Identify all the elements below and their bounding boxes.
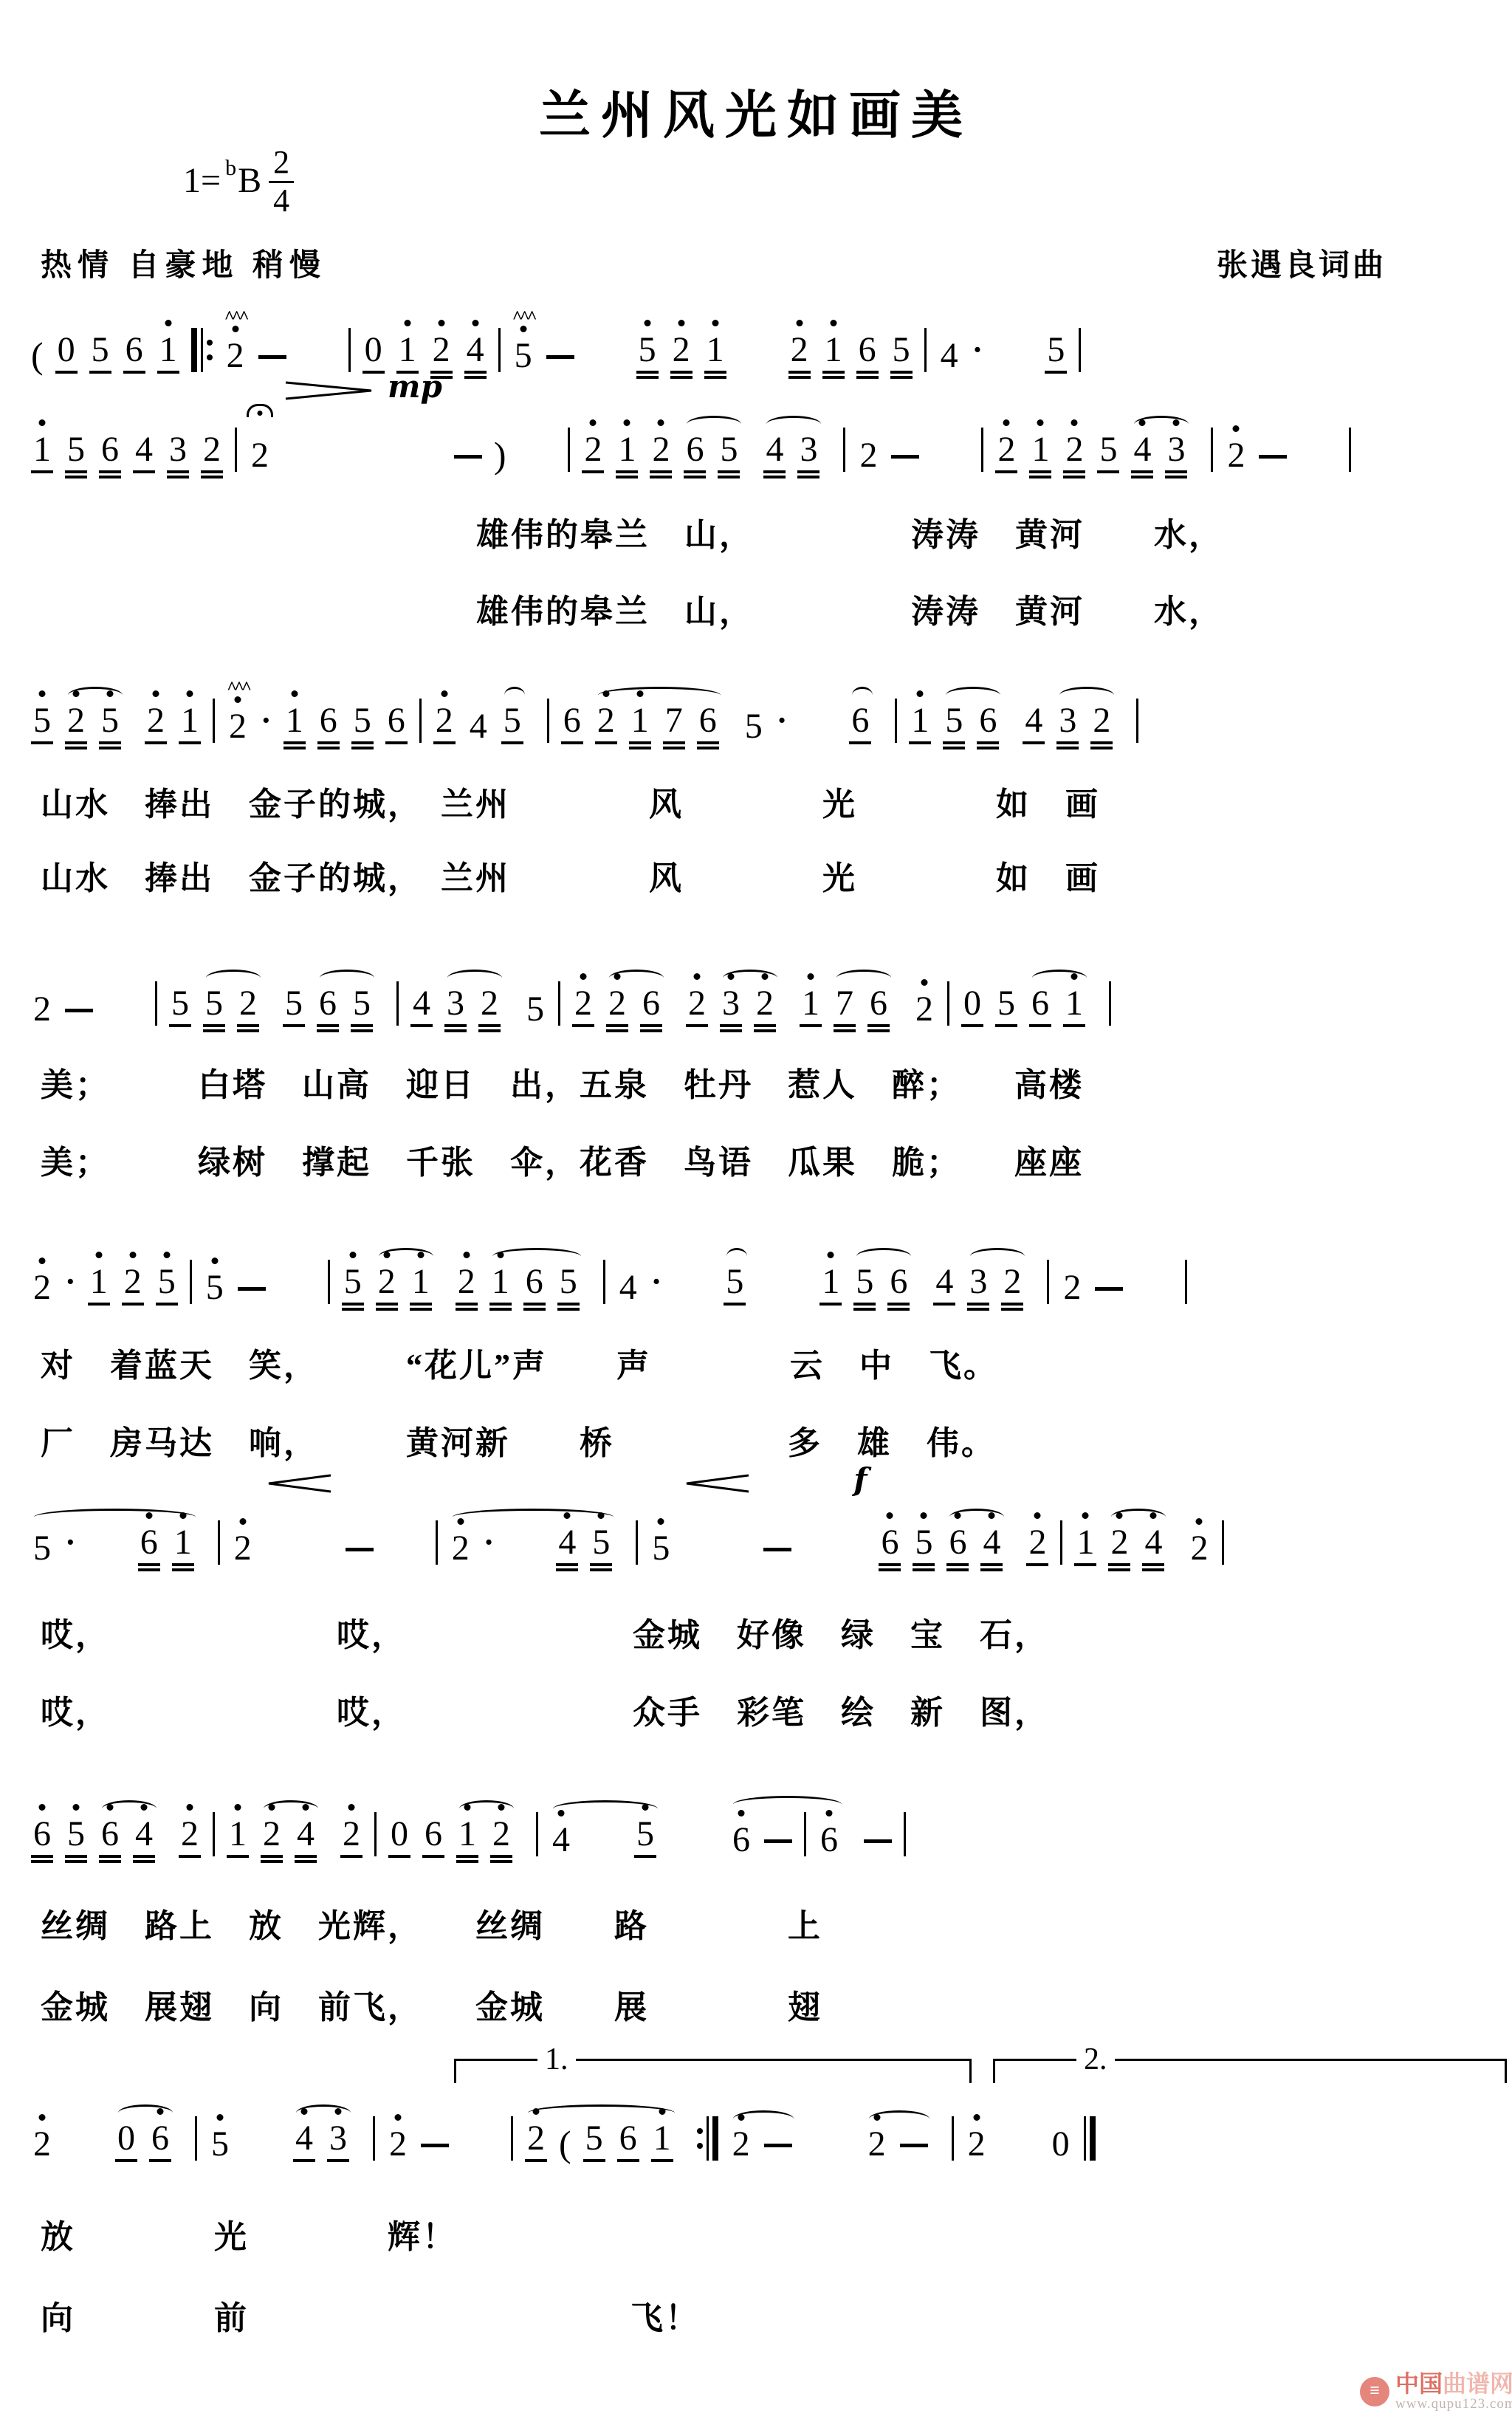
slur: 25 (65, 687, 133, 744)
octave-dot (163, 1252, 170, 1258)
note: 2 (430, 332, 453, 374)
note: 4 (1131, 432, 1153, 473)
note: 2 (595, 703, 617, 744)
barline (218, 1520, 220, 1565)
note: 1 (489, 1264, 512, 1306)
note: 5 (590, 1525, 612, 1566)
note: 5 (634, 1816, 656, 1858)
slur: 5 (501, 687, 535, 744)
dynamic-marking: mp (388, 368, 442, 405)
crescendo-hairpin (684, 1473, 752, 1498)
note: 6 (422, 1816, 444, 1858)
octave-dot (39, 690, 46, 697)
octave-dot (796, 320, 803, 326)
decrescendo-hairpin (283, 380, 376, 405)
note: 1 (1074, 1525, 1096, 1566)
crescendo-hairpin (266, 1473, 334, 1498)
first-ending-label: 1. (537, 2042, 576, 2077)
notation-line-4: 2552565432522623217620561 (31, 956, 1493, 1027)
octave-dot (404, 320, 410, 326)
note: 6 (684, 432, 706, 473)
octave-dot (141, 1804, 148, 1811)
note: 3 (720, 986, 742, 1027)
slur: 5 (724, 1248, 757, 1306)
note: 4 (763, 432, 786, 473)
duration-dash (764, 1839, 792, 1843)
slur: 2176 (595, 687, 731, 744)
octave-dot (165, 320, 171, 326)
slur: 06 (115, 2104, 183, 2162)
note: 2 (913, 992, 935, 1027)
note: 2 (433, 703, 456, 744)
slur: 6 (849, 687, 883, 744)
note: 2 (525, 2121, 547, 2162)
note: 2 (857, 438, 879, 473)
parenthesis: ) (494, 436, 506, 473)
note: 5 (65, 432, 87, 473)
note: 6 (730, 1822, 752, 1858)
note: 5 (890, 332, 913, 374)
slur: 32 (720, 970, 788, 1027)
duration-dash (1095, 1287, 1123, 1291)
octave-dot (658, 1518, 664, 1525)
barline (396, 981, 399, 1026)
barline (568, 428, 570, 472)
barline (1211, 428, 1213, 472)
barline (328, 1260, 330, 1304)
duration-dash (900, 2144, 928, 2147)
note: 1 (616, 432, 638, 473)
octave-dot (590, 419, 597, 426)
octave-dot (826, 1810, 833, 1816)
note: 2 (1063, 432, 1085, 473)
octave-dot (830, 320, 836, 326)
note: 2 (1001, 1264, 1023, 1306)
octave-dot (303, 1804, 309, 1811)
note: 1 (651, 2121, 673, 2162)
note: 2 (249, 438, 271, 473)
octave-dot (1139, 419, 1146, 426)
tempo-marking: 热情 自豪地 稍慢 (41, 241, 326, 285)
octave-dot (39, 1258, 46, 1264)
barline (981, 428, 983, 472)
slur: 24 (261, 1800, 329, 1858)
note: 0 (362, 332, 385, 374)
octave-dot (887, 1512, 893, 1519)
notation-line-8: 20654322(5612220 (31, 2091, 1493, 2162)
note: 2 (966, 2127, 988, 2162)
notation-line-5: 2·125552121654·51564322 (31, 1235, 1493, 1306)
note: 6 (977, 703, 999, 744)
note: 4 (933, 1264, 955, 1306)
note: 3 (444, 986, 467, 1027)
barline (947, 981, 949, 1026)
barline (1109, 981, 1111, 1026)
note: 1 (396, 332, 419, 374)
note: 5 (743, 709, 765, 744)
parenthesis: ( (31, 337, 44, 374)
note: 6 (1029, 986, 1051, 1027)
octave-dot (564, 1512, 571, 1519)
note: 1 (88, 1264, 110, 1306)
octave-dot (636, 690, 643, 697)
note: 7 (663, 703, 685, 744)
qupu-logo-icon: ≡ (1360, 2377, 1389, 2406)
duration-dash (891, 455, 919, 459)
octave-dot (217, 2114, 224, 2121)
octave-dot (598, 1512, 605, 1519)
octave-dot (349, 1252, 356, 1258)
note: 6 (856, 332, 879, 374)
slur: 32 (1056, 687, 1124, 744)
note: 4 (556, 1525, 578, 1566)
second-ending-bracket: 2. (993, 2059, 1507, 2083)
barline (373, 2116, 375, 2161)
note: 1 (157, 332, 179, 374)
note: 5 (1097, 432, 1119, 473)
note: 1 (909, 703, 931, 744)
octave-dot (187, 690, 193, 697)
note: 6 (946, 1525, 969, 1566)
octave-dot (291, 690, 298, 697)
barline (904, 1812, 906, 1856)
note: 5 (31, 1531, 53, 1566)
note: 6 (867, 986, 890, 1027)
slur: 66 (730, 1796, 852, 1858)
lyric-line-4-2: 美； 绿树 撑起 千张 伞，花香 鸟语 瓜果 脆； 座座 (0, 1136, 1490, 1183)
watermark: ≡ 中国曲谱网 www.qupu123.com (1360, 2372, 1512, 2412)
note: 5 (99, 703, 121, 744)
note: 1 (179, 703, 201, 744)
slur: 12 (456, 1800, 524, 1858)
repeat-begin-barline (191, 328, 213, 372)
octave-dot (1037, 419, 1044, 426)
octave-dot (762, 973, 769, 980)
octave-dot (107, 1804, 114, 1811)
barline (498, 328, 501, 372)
barline (924, 328, 927, 372)
note: 3 (327, 2121, 349, 2162)
octave-dot (497, 1252, 504, 1258)
octave-dot (658, 419, 664, 426)
note: 5 (557, 1264, 580, 1306)
note: 2 (31, 992, 53, 1027)
octave-dot (1071, 973, 1078, 980)
note: 1 (227, 1816, 249, 1858)
note: 5 (203, 986, 225, 1027)
note: 4 (550, 1822, 572, 1858)
note: 0 (1050, 2127, 1072, 2162)
octave-dot (187, 1804, 193, 1811)
octave-dot (917, 690, 924, 697)
slur: 21 (376, 1248, 444, 1306)
song-title: 兰州风光如画美 (0, 74, 1512, 148)
duration-dash (454, 455, 482, 459)
slur: 56 (943, 687, 1011, 744)
duration-dash (65, 1009, 93, 1012)
octave-dot (659, 2108, 665, 2115)
note: 3 (967, 1264, 989, 1306)
lyric-line-3-1: 山水 捧出 金子的城， 兰州 风 光 如 画 (0, 778, 1490, 825)
lyric-line-5-2: 厂 房马达 响， 黄河新 桥 多 雄 伟。 (0, 1416, 1490, 1464)
octave-dot (39, 1804, 46, 1811)
barline (1185, 1260, 1187, 1304)
barline (419, 699, 422, 743)
note: 4 (133, 432, 155, 473)
octave-dot (129, 1252, 136, 1258)
note: 1 (283, 703, 306, 744)
octave-dot (269, 1804, 275, 1811)
octave-dot (1003, 419, 1010, 426)
octave-dot (1173, 419, 1180, 426)
duration-dash (346, 1548, 374, 1551)
note: 1 (819, 1264, 842, 1306)
note: 2 (788, 332, 811, 374)
note: 4 (464, 332, 487, 374)
notation-line-1: (05612^^^01245^^^52121654·5 (31, 303, 1493, 374)
octave-dot (873, 2114, 880, 2121)
composer-credit: 张遇良词曲 (1217, 241, 1386, 285)
note: 2 (261, 1816, 283, 1858)
barline (895, 699, 897, 743)
note: 2 (237, 986, 259, 1027)
octave-dot (738, 2114, 744, 2121)
barline (558, 981, 560, 1026)
note: 2 (1090, 703, 1113, 744)
note: 3 (1056, 703, 1079, 744)
fermata-icon (247, 404, 273, 417)
note: 5 (204, 1270, 226, 1306)
note: 6 (887, 1264, 910, 1306)
augmentation-dot: · (484, 1526, 495, 1559)
augmentation-dot: · (65, 1526, 76, 1559)
watermark-cn-dark: 中国 (1395, 2370, 1443, 2397)
note: 2 (866, 2127, 888, 2162)
octave-dot (580, 973, 587, 980)
meter-numerator: 2 (269, 146, 294, 183)
note: 2 (478, 986, 501, 1027)
note: 6 (99, 1816, 121, 1858)
slur: 76 (834, 970, 901, 1027)
octave-dot (712, 320, 718, 326)
slur: 61 (1029, 970, 1097, 1027)
note: 5 (169, 986, 191, 1027)
barline (1136, 699, 1138, 743)
barline (155, 981, 157, 1026)
octave-dot (395, 2114, 402, 2121)
note: 6 (818, 1822, 840, 1858)
note: 5 (342, 1264, 364, 1306)
note: 2 (1061, 1270, 1083, 1306)
augmentation-dot: · (651, 1266, 662, 1298)
barline (213, 699, 215, 743)
duration-dash (258, 355, 286, 359)
note: 2 (730, 2127, 752, 2162)
note: 4 (617, 1270, 639, 1306)
augmentation-dot: · (972, 334, 983, 366)
slur: 64 (946, 1509, 1014, 1566)
notation-line-2: 1564322mp)212654322125432 (31, 402, 1493, 473)
note: 2 (232, 1531, 254, 1566)
note: 2 (340, 1816, 362, 1858)
octave-dot (989, 1512, 995, 1519)
slur: 24 (1108, 1509, 1176, 1566)
barline (1222, 1520, 1224, 1565)
barline (348, 328, 351, 372)
slur: 2·45 (450, 1509, 625, 1566)
note: 6 (879, 1525, 901, 1566)
slur: 65 (684, 416, 752, 473)
barline (511, 2116, 513, 2161)
note: 4 (980, 1525, 1003, 1566)
final-barline (1084, 2116, 1096, 2161)
duration-dash (763, 1548, 791, 1551)
mordent-icon: ^^^ (227, 679, 249, 697)
first-ending-bracket: 1. (454, 2059, 972, 2083)
notation-line-6: 5·6122·455f656421242 (31, 1495, 1493, 1566)
octave-dot (211, 1258, 218, 1264)
note: 4 (295, 1816, 317, 1858)
slur: 165 (489, 1248, 591, 1306)
lyric-line-6-1: 哎， 哎， 金城 好像 绿 宝 石， (0, 1608, 1490, 1656)
note: 1 (800, 986, 822, 1027)
octave-dot (1233, 425, 1240, 432)
meter-denominator: 4 (273, 183, 289, 218)
lyric-line-6-2: 哎， 哎， 众手 彩笔 绘 新 图， (0, 1686, 1490, 1733)
note: 1 (704, 332, 726, 374)
note: 6 (617, 2121, 639, 2162)
sheet-music-page: 兰州风光如画美 1=bB 2 4 热情 自豪地 稍慢 张遇良词曲 (05612^… (0, 0, 1512, 2422)
barline (1079, 328, 1081, 372)
augmentation-dot: · (777, 704, 788, 737)
note: 6 (385, 703, 408, 744)
note: 4 (467, 709, 489, 744)
flat-sign: b (225, 156, 236, 181)
octave-dot (39, 419, 46, 426)
octave-dot (614, 973, 621, 980)
duration-dash (421, 2144, 449, 2147)
barline (952, 2116, 954, 2161)
octave-dot (558, 1810, 565, 1816)
note: 5 (65, 1816, 87, 1858)
octave-dot (1196, 1518, 1203, 1525)
note: 4 (938, 338, 961, 374)
slur: 45 (550, 1800, 668, 1858)
lyric-line-3-2: 山水 捧出 金子的城， 兰州 风 光 如 画 (0, 851, 1490, 899)
barline (374, 1812, 377, 1856)
octave-dot (828, 1252, 834, 1258)
note: 5 (636, 332, 659, 374)
note: 7 (834, 986, 856, 1027)
octave-dot (642, 1804, 649, 1811)
lyric-line-5-1: 对 着蓝天 笑， “花儿”声 声 云 中 飞。 (0, 1339, 1490, 1386)
note: 1 (456, 1816, 478, 1858)
note: 6 (149, 2121, 171, 2162)
note: 2 (650, 432, 672, 473)
octave-dot (441, 690, 447, 697)
octave-dot (678, 320, 684, 326)
note: 2 (490, 1816, 512, 1858)
note: 3 (167, 432, 189, 473)
slur: 65 (317, 970, 385, 1027)
octave-dot (239, 1518, 246, 1525)
note: 5 (943, 703, 965, 744)
note: 2 (754, 986, 776, 1027)
note: 4 (293, 2121, 315, 2162)
lyric-line-2-2: 雄伟的皋兰 山， 涛涛 黄河 水， (0, 585, 1490, 632)
note: 2 (31, 2127, 53, 2162)
note: 1 (172, 1525, 194, 1566)
notation-line-3: 525212^^^·1656245621765·6156432 (31, 673, 1493, 744)
augmentation-dot: · (65, 1266, 76, 1298)
note: 1 (629, 703, 651, 744)
octave-dot (1034, 1512, 1041, 1519)
note: 4 (1023, 703, 1045, 744)
note: 6 (849, 703, 871, 744)
note: 6 (317, 703, 340, 744)
note: 2 (179, 1816, 201, 1858)
note: 5 (524, 992, 546, 1027)
barline (636, 1520, 638, 1565)
augmentation-dot: · (261, 704, 272, 737)
note: 2 (65, 703, 87, 744)
watermark-cn-light: 曲谱网 (1443, 2370, 1512, 2397)
octave-dot (301, 2108, 308, 2115)
note: 2 (582, 432, 604, 473)
octave-dot (438, 320, 444, 326)
duration-dash (1259, 455, 1287, 459)
note: 2^^^ (227, 709, 249, 744)
octave-dot (463, 1252, 470, 1258)
octave-dot (644, 320, 650, 326)
note: 0 (961, 986, 983, 1027)
note: 2 (456, 1264, 478, 1306)
barline (804, 1812, 806, 1856)
slur: 2 (730, 2110, 804, 2162)
barline (536, 1812, 538, 1856)
octave-dot (348, 1804, 355, 1811)
octave-dot (1116, 1512, 1123, 1519)
note: 5 (283, 986, 305, 1027)
octave-dot (464, 1804, 471, 1811)
note: 3 (1165, 432, 1187, 473)
note: 2 (387, 2127, 409, 2162)
barline (1349, 428, 1351, 472)
note: 2 (686, 986, 708, 1027)
note: 6 (99, 432, 121, 473)
note: 5 (1045, 332, 1067, 374)
repeat-end-barline (697, 2116, 718, 2161)
octave-dot (533, 2108, 540, 2115)
note: 3 (797, 432, 819, 473)
duration-dash (764, 2144, 792, 2147)
barline (195, 2116, 197, 2161)
slur: 43 (293, 2104, 361, 2162)
octave-dot (728, 973, 735, 980)
note: 6 (523, 1264, 546, 1306)
note: 2 (1026, 1525, 1048, 1566)
lyric-line-8-2: 向 前 飞！ (0, 2291, 1490, 2339)
mordent-icon: ^^^ (224, 309, 247, 326)
time-signature: 2 4 (269, 146, 294, 218)
key-prefix: 1= (183, 160, 221, 201)
note: 1 (410, 1264, 432, 1306)
note: 5 (853, 1264, 876, 1306)
octave-dot (153, 690, 159, 697)
note: 6 (31, 1816, 53, 1858)
note: 5 (209, 2127, 231, 2162)
barline (213, 1812, 215, 1856)
